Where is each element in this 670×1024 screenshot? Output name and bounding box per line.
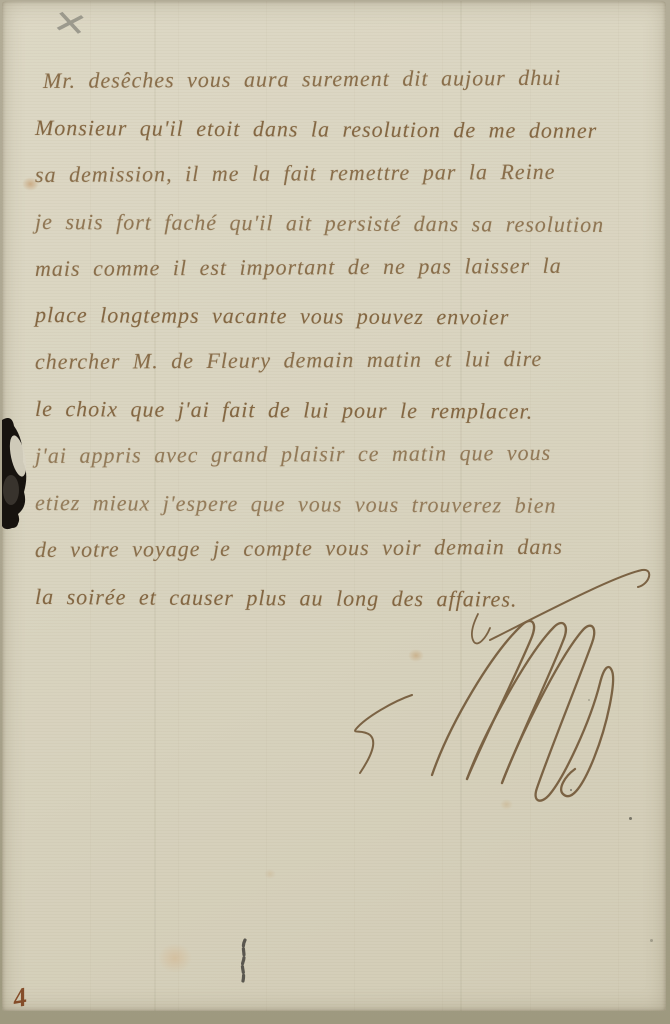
ink-blot (2, 406, 42, 566)
signature-flourish (332, 556, 666, 816)
letter-page: ✕ Mr. desêches vous aura surement dit au… (2, 1, 666, 1011)
fox-stain (22, 177, 39, 191)
letter-line: mais comme il est important de ne pas la… (35, 242, 666, 293)
fox-stain (500, 799, 513, 810)
letter-line: Monsieur qu'il etoit dans la resolution … (35, 105, 666, 155)
paper-speck (629, 817, 632, 820)
ink-smudge (236, 937, 254, 985)
fox-stain (264, 869, 276, 879)
fox-stain (158, 943, 192, 973)
pencil-cross-mark: ✕ (37, 1, 103, 49)
paper-speck (650, 939, 653, 942)
letter-body: Mr. desêches vous aura surement dit aujo… (35, 58, 666, 621)
paper-speck (570, 789, 572, 791)
paper-speck (588, 699, 590, 701)
letter-line: chercher M. de Fleury demain matin et lu… (35, 335, 666, 386)
corner-numeral: 4 (10, 976, 46, 1011)
letter-line: sa demission, il me la fait remettre par… (35, 148, 666, 199)
letter-line: je suis fort faché qu'il ait persisté da… (35, 199, 666, 249)
letter-line: j'ai appris avec grand plaisir ce matin … (35, 429, 666, 480)
letter-photograph: ✕ Mr. desêches vous aura surement dit au… (0, 0, 670, 1024)
fox-stain (408, 649, 424, 662)
letter-line: Mr. desêches vous aura surement dit aujo… (35, 54, 666, 105)
